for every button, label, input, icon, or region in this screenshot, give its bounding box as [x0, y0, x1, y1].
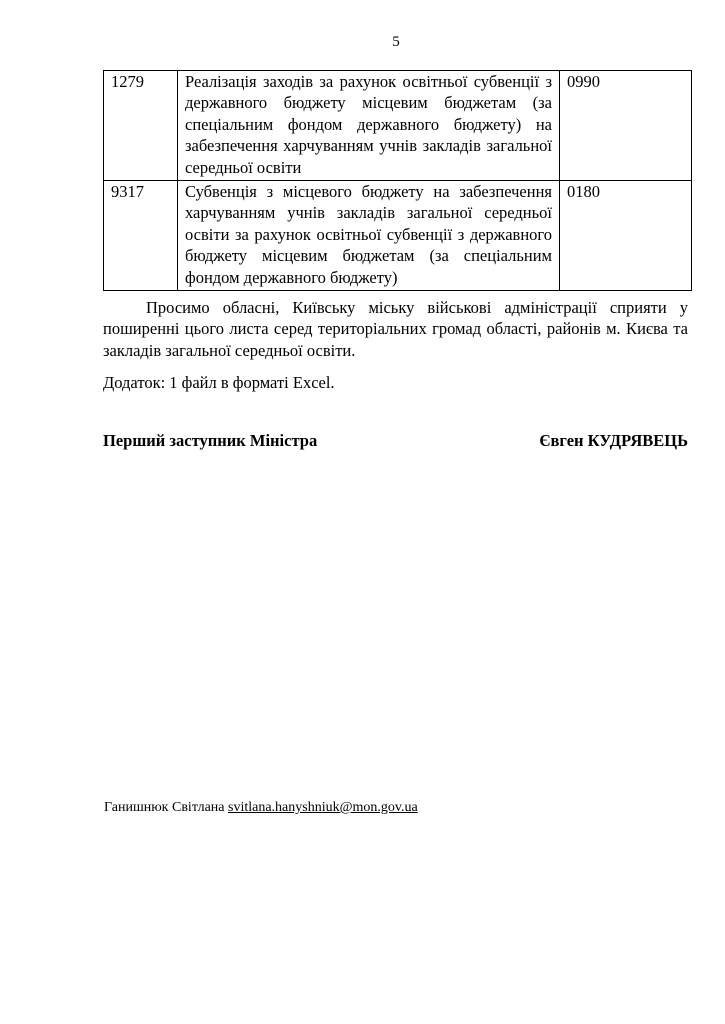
table-row: 1279 Реалізація заходів за рахунок освіт… [104, 71, 692, 181]
attachment-line: Додаток: 1 файл в форматі Excel. [103, 372, 688, 393]
page-number: 5 [103, 33, 689, 51]
budget-codes-table-wrap: 1279 Реалізація заходів за рахунок освіт… [103, 70, 692, 291]
signer-name: Євген КУДРЯВЕЦЬ [539, 430, 688, 451]
budget-code-cell: 9317 [104, 181, 178, 291]
document-page: { "page": { "number": "5" }, "table": { … [0, 0, 725, 1024]
contact-name: Ганишнюк Світлана [104, 800, 225, 815]
signature-row: Перший заступник Міністра Євген КУДРЯВЕЦ… [103, 430, 688, 451]
budget-description-cell: Реалізація заходів за рахунок освітньої … [178, 71, 560, 181]
budget-description-cell: Субвенція з місцевого бюджету на забезпе… [178, 181, 560, 291]
function-code-cell: 0990 [560, 71, 692, 181]
function-code-cell: 0180 [560, 181, 692, 291]
budget-codes-table: 1279 Реалізація заходів за рахунок освіт… [103, 70, 692, 291]
table-row: 9317 Субвенція з місцевого бюджету на за… [104, 181, 692, 291]
signer-position-title: Перший заступник Міністра [103, 430, 317, 451]
contact-line: Ганишнюк Світлана svitlana.hanyshniuk@mo… [104, 799, 689, 817]
request-paragraph: Просимо обласні, Київську міську військо… [103, 297, 688, 361]
budget-code-cell: 1279 [104, 71, 178, 181]
contact-email-link[interactable]: svitlana.hanyshniuk@mon.gov.ua [228, 800, 418, 815]
